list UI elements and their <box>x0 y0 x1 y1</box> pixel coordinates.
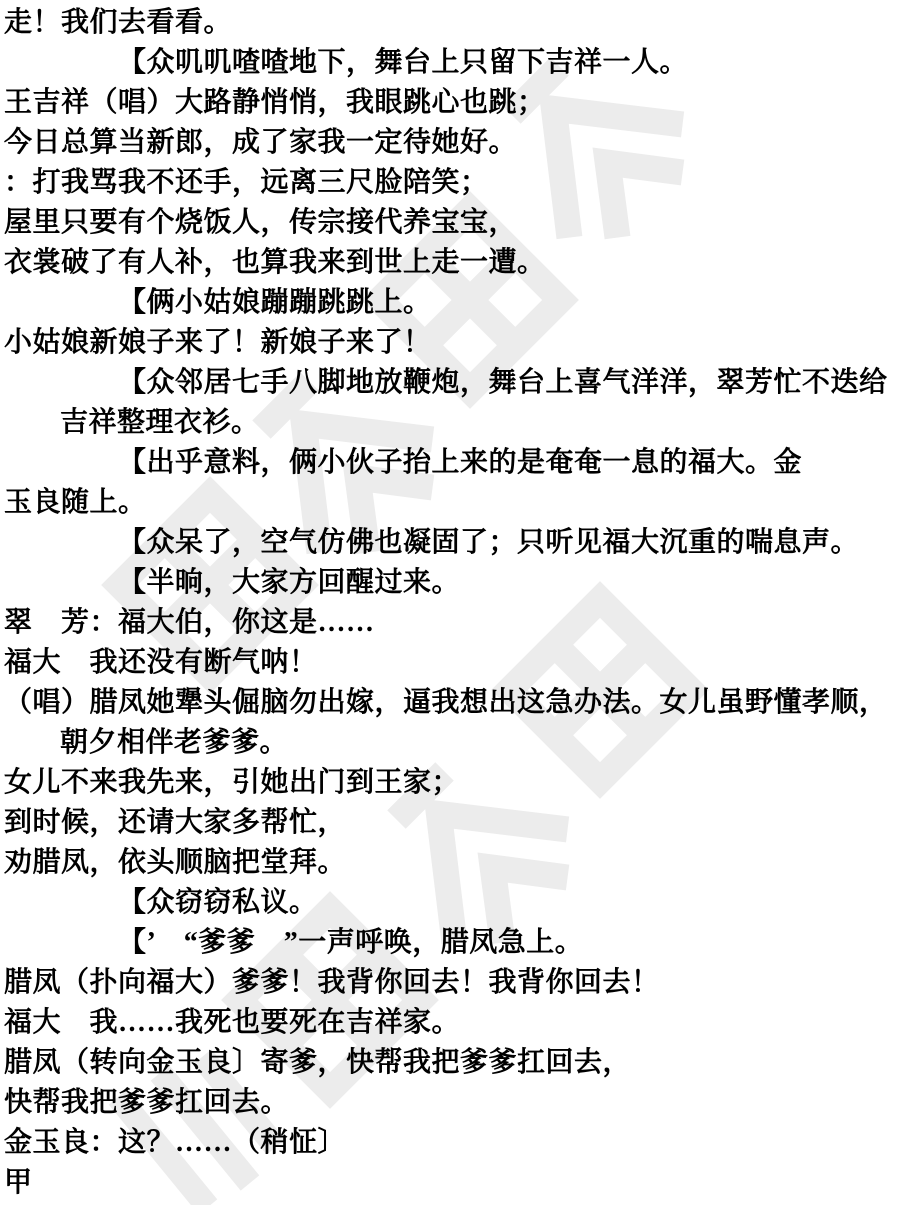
script-line: 【众窃窃私议。 <box>4 883 894 923</box>
script-line: 吉祥整理衣衫。 <box>4 403 894 443</box>
script-line: 屋里只要有个烧饭人，传宗接代养宝宝， <box>4 203 894 243</box>
script-line: 今日总算当新郎，成了家我一定待她好。 <box>4 123 894 163</box>
script-line: 腊凤（转向金玉良〕寄爹，快帮我把爹爹扛回去， <box>4 1043 894 1083</box>
script-line: 腊凤（扑向福大）爹爹！我背你回去！我背你回去！ <box>4 963 894 1003</box>
script-line: 王吉祥（唱）大路静悄悄，我眼跳心也跳； <box>4 83 894 123</box>
script-line: 福大 我还没有断气呐！ <box>4 643 894 683</box>
script-line: 翠 芳：福大伯，你这是…… <box>4 603 894 643</box>
script-line: 到时候，还请大家多帮忙， <box>4 803 894 843</box>
script-line: 衣裳破了有人补，也算我来到世上走一遭。 <box>4 243 894 283</box>
script-line: 朝夕相伴老爹爹。 <box>4 723 894 763</box>
script-line: 【半晌，大家方回醒过来。 <box>4 563 894 603</box>
script-line: 走！我们去看看。 <box>4 3 894 43</box>
script-line: 快帮我把爹爹扛回去。 <box>4 1083 894 1123</box>
script-line: 【出乎意料，俩小伙子抬上来的是奄奄一息的福大。金 <box>4 443 894 483</box>
script-line: 甲 <box>4 1163 894 1203</box>
script-line: 【’ “爹爹 ”一声呼唤，腊凤急上。 <box>4 923 894 963</box>
script-line: 女儿不来我先来，引她出门到王家； <box>4 763 894 803</box>
script-line: 【众邻居七手八脚地放鞭炮，舞台上喜气洋洋，翠芳忙不迭给 <box>4 363 894 403</box>
script-line: 【众呆了，空气仿佛也凝固了；只听见福大沉重的喘息声。 <box>4 523 894 563</box>
script-line: 【俩小姑娘蹦蹦跳跳上。 <box>4 283 894 323</box>
script-line: 【众叽叽喳喳地下，舞台上只留下吉祥一人。 <box>4 43 894 83</box>
script-line: 小姑娘新娘子来了！新娘子来了！ <box>4 323 894 363</box>
script-text-container: 走！我们去看看。【众叽叽喳喳地下，舞台上只留下吉祥一人。王吉祥（唱）大路静悄悄，… <box>0 0 900 1203</box>
script-line: 玉良随上。 <box>4 483 894 523</box>
script-page: 走！我们去看看。【众叽叽喳喳地下，舞台上只留下吉祥一人。王吉祥（唱）大路静悄悄，… <box>0 0 900 1205</box>
script-line: 劝腊凤，依头顺脑把堂拜。 <box>4 843 894 883</box>
script-line: 金玉良：这？……（稍怔〕 <box>4 1123 894 1163</box>
script-line: ：打我骂我不还手，远离三尺脸陪笑； <box>4 163 894 203</box>
script-line: 福大 我……我死也要死在吉祥家。 <box>4 1003 894 1043</box>
script-line: （唱）腊凤她犟头倔脑勿出嫁，逼我想出这急办法。女儿虽野懂孝顺， <box>4 683 894 723</box>
